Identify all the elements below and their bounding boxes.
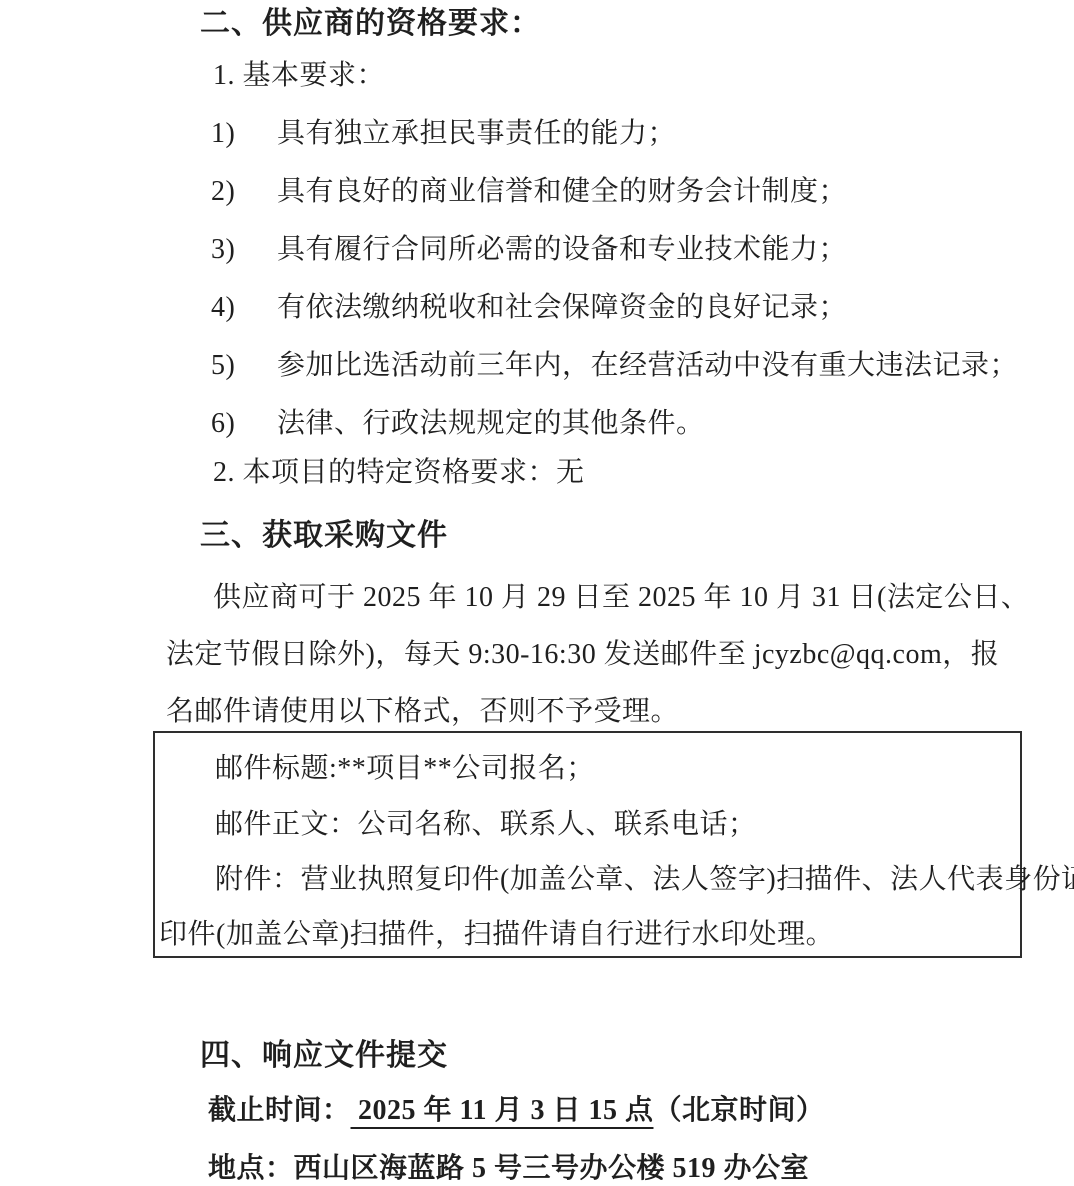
procurement-para-line-3: 名邮件请使用以下格式，否则不予受理。 <box>166 694 679 730</box>
section3-heading: 三、获取采购文件 <box>200 518 448 554</box>
item-number: 4) <box>211 290 277 326</box>
attachment-line-1: 附件：营业执照复印件(加盖公章、法人签字)扫描件、法人代表身份证复 <box>159 862 1074 898</box>
qualification-item: 6) 法律、行政法规规定的其他条件。 <box>211 406 705 442</box>
email-title-line: 邮件标题:**项目**公司报名； <box>159 751 595 787</box>
email-format-box: 邮件标题:**项目**公司报名； 邮件正文：公司名称、联系人、联系电话； 附件：… <box>153 731 1022 958</box>
email-body-line: 邮件正文：公司名称、联系人、联系电话； <box>159 807 757 843</box>
item-text: 有依法缴纳税收和社会保障资金的良好记录； <box>277 290 847 326</box>
qualification-item: 4) 有依法缴纳税收和社会保障资金的良好记录； <box>211 290 847 326</box>
item-number: 1) <box>211 116 277 152</box>
qualification-item: 2) 具有良好的商业信誉和健全的财务会计制度； <box>211 174 847 210</box>
procurement-para-line-1: 供应商可于 2025 年 10 月 29 日至 2025 年 10 月 31 日… <box>213 580 1029 616</box>
qualification-item: 1) 具有独立承担民事责任的能力； <box>211 116 676 152</box>
item-text: 参加比选活动前三年内，在经营活动中没有重大违法记录； <box>277 348 1018 384</box>
attachment-line-2: 印件(加盖公章)扫描件，扫描件请自行进行水印处理。 <box>159 917 834 953</box>
deadline-value: 2025 年 11 月 3 日 15 点 <box>351 1095 654 1126</box>
item-text: 具有履行合同所必需的设备和专业技术能力； <box>277 232 847 268</box>
deadline-line: 截止时间： 2025 年 11 月 3 日 15 点（北京时间） <box>208 1093 825 1129</box>
qualification-item: 3) 具有履行合同所必需的设备和专业技术能力； <box>211 232 847 268</box>
basic-requirements-label: 1. 基本要求： <box>213 58 385 94</box>
section2-heading: 二、供应商的资格要求： <box>200 6 541 42</box>
specific-requirements-line: 2. 本项目的特定资格要求：无 <box>213 455 585 491</box>
item-text: 具有良好的商业信誉和健全的财务会计制度； <box>277 174 847 210</box>
item-number: 3) <box>211 232 277 268</box>
item-text: 法律、行政法规规定的其他条件。 <box>277 406 705 442</box>
item-number: 5) <box>211 348 277 384</box>
procurement-para-line-2: 法定节假日除外)，每天 9:30-16:30 发送邮件至 jcyzbc@qq.c… <box>166 637 999 673</box>
item-number: 6) <box>211 406 277 442</box>
item-number: 2) <box>211 174 277 210</box>
document-page: 二、供应商的资格要求： 1. 基本要求： 1) 具有独立承担民事责任的能力； 2… <box>0 0 1074 1186</box>
deadline-label: 截止时间： <box>208 1095 351 1126</box>
item-text: 具有独立承担民事责任的能力； <box>277 116 676 152</box>
deadline-timezone: （北京时间） <box>653 1095 824 1126</box>
location-line: 地点：西山区海蓝路 5 号三号办公楼 519 办公室 <box>208 1151 809 1186</box>
qualification-item: 5) 参加比选活动前三年内，在经营活动中没有重大违法记录； <box>211 348 1018 384</box>
section4-heading: 四、响应文件提交 <box>200 1038 448 1074</box>
